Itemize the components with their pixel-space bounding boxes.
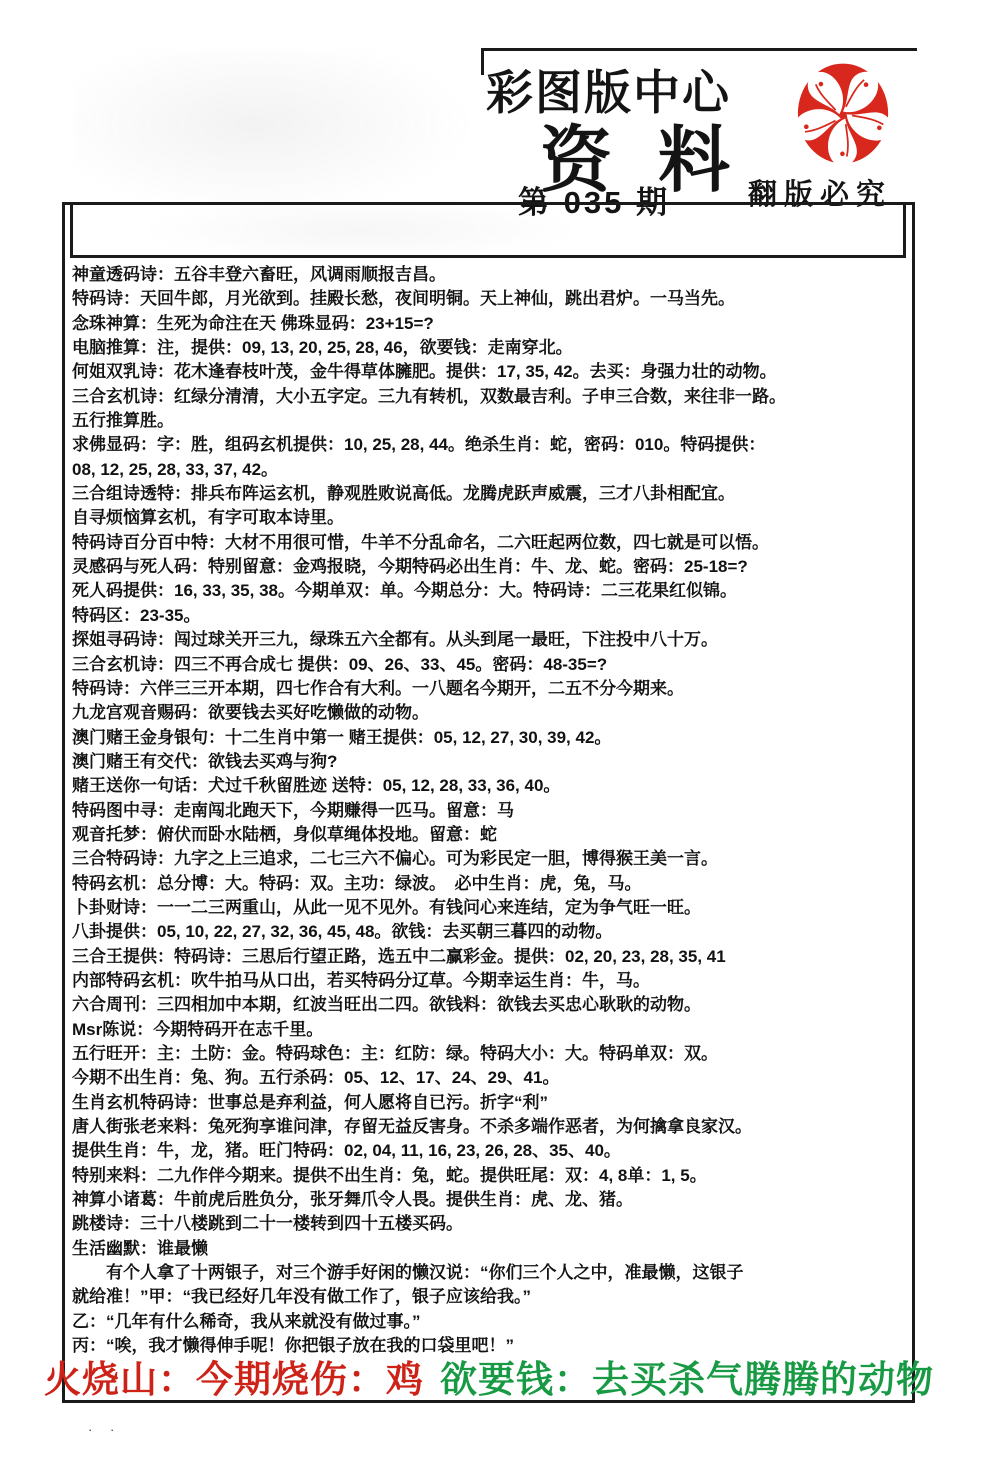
tip-line: 卜卦财诗：一一二三两重山，从此一见不见外。有钱问心来连结，定为争气旺一旺。 bbox=[72, 896, 910, 920]
tip-line: 跳楼诗：三十八楼跳到二十一楼转到四十五楼买码。 bbox=[72, 1212, 910, 1236]
footer-highlight-line: 火烧山：今期烧伤：鸡 欲要钱：去买杀气腾腾的动物 bbox=[66, 1353, 912, 1399]
tip-line: 生肖玄机特码诗：世事总是弃利益，何人愿将自已污。折字“利” bbox=[72, 1091, 910, 1115]
tip-line: 唐人街张老来料：兔死狗享谁问津，存留无益反害身。不杀多端作恶者，为何擒拿良家汉。 bbox=[72, 1115, 910, 1139]
tip-line: Msr陈说：今期特码开在志千里。 bbox=[72, 1018, 910, 1042]
tip-line: 三合特码诗：九字之上三追求，二七三六不偏心。可为彩民定一胆，博得猴王美一言。 bbox=[72, 847, 910, 871]
tip-line: 生活幽默：谁最懒 bbox=[72, 1237, 910, 1261]
tip-line: 自寻烦恼算玄机，有字可取本诗里。 bbox=[72, 506, 910, 530]
erased-area-smudge bbox=[75, 50, 475, 215]
tip-line: 特码诗：天回牛郎，月光欲到。挂殿长愁，夜间明铜。天上神仙，跳出君炉。一马当先。 bbox=[72, 287, 910, 311]
tip-line: 灵感码与死人码：特别留意：金鸡报晓，今期特码必出生肖：牛、龙、蛇。密码：25-1… bbox=[72, 555, 910, 579]
tip-line: 三合玄机诗：四三不再合成七 提供：09、26、33、45。密码：48-35=? bbox=[72, 653, 910, 677]
tip-line: 九龙宫观音赐码：欲要钱去买好吃懒做的动物。 bbox=[72, 701, 910, 725]
tip-line: 五行推算胜。 bbox=[72, 409, 910, 433]
tip-line: 内部特码玄机：吹牛拍马从口出，若买特码分辽草。今期幸运生肖：牛，马。 bbox=[72, 969, 910, 993]
tip-line: 特码诗：六伴三三开本期，四七作合有大利。一八题名今期开，二五不分今期来。 bbox=[72, 677, 910, 701]
tip-line: 特码诗百分百中特：大材不用很可惜，牛羊不分乱命名，二六旺起两位数，四七就是可以悟… bbox=[72, 531, 910, 555]
tip-line: 有个人拿了十两银子，对三个游手好闲的懒汉说：“你们三个人之中，准最懒，这银子 bbox=[72, 1261, 910, 1285]
tip-line: 赌王送你一句话：犬过千秋留胜迹 送特：05, 12, 28, 33, 36, 4… bbox=[72, 774, 910, 798]
tip-line: 神算小诸葛：牛前虎后胜负分，张牙舞爪令人畏。提供生肖：虎、龙、猪。 bbox=[72, 1188, 910, 1212]
tip-line: 特码图中寻：走南闯北跑天下，今期赚得一匹马。留意：马 bbox=[72, 799, 910, 823]
header-box-top-border bbox=[481, 48, 917, 51]
tip-line: 电脑推算：注，提供：09, 13, 20, 25, 28, 46，欲要钱：走南穿… bbox=[72, 336, 910, 360]
tip-line: 提供生肖：牛，龙，猪。旺门特码：02, 04, 11, 16, 23, 26, … bbox=[72, 1139, 910, 1163]
tip-line: 观音托梦：俯伏而卧水陆栖，身似草绳体投地。留意：蛇 bbox=[72, 823, 910, 847]
blank-header-strip bbox=[70, 202, 906, 258]
tip-line: 特别来料：二九作伴今期来。提供不出生肖：兔，蛇。提供旺尾：双：4, 8单：1, … bbox=[72, 1164, 910, 1188]
tip-line: 神童透码诗：五谷丰登六畜旺，风调雨顺报吉昌。 bbox=[72, 263, 910, 287]
corner-dots-mark: · · bbox=[88, 1422, 121, 1437]
scanned-lottery-tip-sheet: 彩图版中心 资料 第 035 期 翻版必究 神童透码诗：五谷丰登六畜旺，风调雨顺… bbox=[0, 0, 984, 1457]
tip-line: 今期不出生肖：兔、狗。五行杀码：05、12、17、24、29、41。 bbox=[72, 1066, 910, 1090]
tip-line: 念珠神算：生死为命注在天 佛珠显码：23+15=? bbox=[72, 312, 910, 336]
footer-green-text: 欲要钱：去买杀气腾腾的动物 bbox=[440, 1349, 934, 1403]
tip-line: 八卦提供：05, 10, 22, 27, 32, 36, 45, 48。欲钱：去… bbox=[72, 920, 910, 944]
tip-line: 特码区：23-35。 bbox=[72, 604, 910, 628]
tip-line: 就给准！”甲：“我已经好几年没有做工作了，银子应该给我。” bbox=[72, 1285, 910, 1309]
tip-line: 澳门赌王金身银句：十二生肖中第一 赌王提供：05, 12, 27, 30, 39… bbox=[72, 726, 910, 750]
tip-line: 三合玄机诗：红绿分清清，大小五字定。三九有转机，双数最吉利。子申三合数，来往非一… bbox=[72, 385, 910, 409]
tip-line: 探姐寻码诗：闯过球关开三九，绿珠五六全都有。从头到尾一最旺，下注投中八十万。 bbox=[72, 628, 910, 652]
tip-line: 特码玄机：总分博：大。特码：双。主功：绿波。 必中生肖：虎，兔，马。 bbox=[72, 872, 910, 896]
tip-line: 三合组诗透特：排兵布阵运玄机，静观胜败说高低。龙腾虎跃声威震，三才八卦相配宜。 bbox=[72, 482, 910, 506]
tip-line: 澳门赌王有交代：欲钱去买鸡与狗? bbox=[72, 750, 910, 774]
tip-line: 08, 12, 25, 28, 33, 37, 42。 bbox=[72, 458, 910, 482]
tip-line: 求佛显码：字：胜，组码玄机提供：10, 25, 28, 44。绝杀生肖：蛇，密码… bbox=[72, 433, 910, 457]
tip-line: 三合王提供：特码诗：三思后行望正路，选五中二赢彩金。提供：02, 20, 23,… bbox=[72, 945, 910, 969]
tip-line: 六合周刊：三四相加中本期，红波当旺出二四。欲钱料：欲钱去买忠心耿耿的动物。 bbox=[72, 993, 910, 1017]
tips-list: 神童透码诗：五谷丰登六畜旺，风调雨顺报吉昌。特码诗：天回牛郎，月光欲到。挂殿长愁… bbox=[72, 263, 910, 1358]
tip-line: 乙：“几年有什么稀奇，我从来就没有做过事。” bbox=[72, 1310, 910, 1334]
header-box-left-border bbox=[481, 48, 484, 75]
bauhinia-flower-logo-icon bbox=[795, 60, 891, 167]
tip-line: 死人码提供：16, 33, 35, 38。今期单双：单。今期总分：大。特码诗：二… bbox=[72, 579, 910, 603]
tip-line: 何姐双乳诗：花木逢春枝叶茂，金牛得草体臃肥。提供：17, 35, 42。去买：身… bbox=[72, 360, 910, 384]
footer-red-text: 火烧山：今期烧伤：鸡 bbox=[44, 1349, 424, 1403]
tip-line: 五行旺开：主：土防：金。特码球色：主：红防：绿。特码大小：大。特码单双：双。 bbox=[72, 1042, 910, 1066]
